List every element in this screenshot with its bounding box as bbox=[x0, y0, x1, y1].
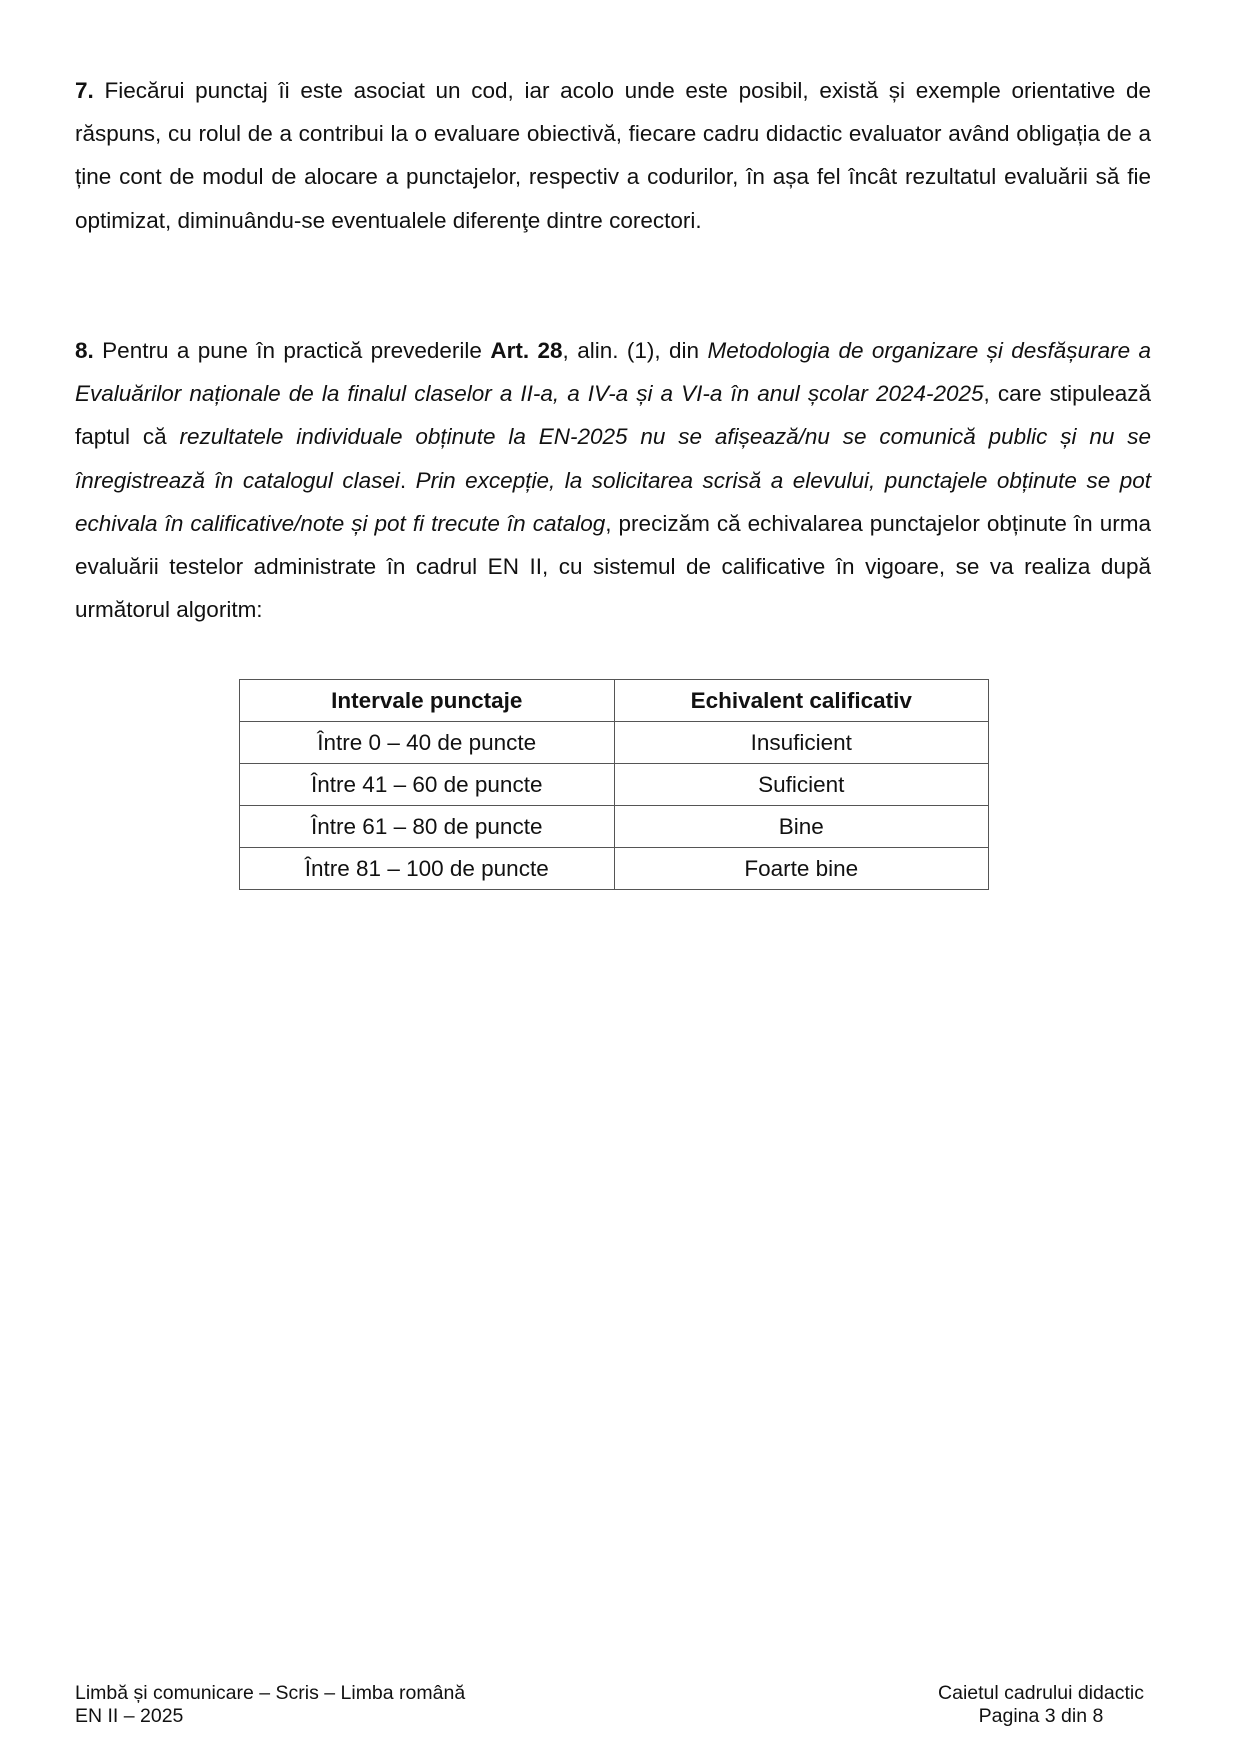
paragraph-text: Pentru a pune în practică prevederile bbox=[94, 338, 491, 363]
table-row: Între 61 – 80 de puncte Bine bbox=[240, 806, 989, 848]
footer-left: Limbă și comunicare – Scris – Limba româ… bbox=[75, 1682, 465, 1728]
column-header-score-intervals: Intervale punctaje bbox=[240, 680, 615, 722]
paragraph-8: 8. Pentru a pune în practică prevederile… bbox=[75, 329, 1151, 631]
paragraph-text: Fiecărui punctaj îi este asociat un cod,… bbox=[75, 78, 1151, 233]
document-page: 7. Fiecărui punctaj îi este asociat un c… bbox=[0, 0, 1241, 1755]
column-header-grade-equivalent: Echivalent calificativ bbox=[614, 680, 989, 722]
paragraph-text: . bbox=[400, 468, 416, 493]
score-interval-cell: Între 81 – 100 de puncte bbox=[240, 848, 615, 890]
score-interval-cell: Între 61 – 80 de puncte bbox=[240, 806, 615, 848]
grade-cell: Foarte bine bbox=[614, 848, 989, 890]
grade-cell: Bine bbox=[614, 806, 989, 848]
footer-subject: Limbă și comunicare – Scris – Limba româ… bbox=[75, 1682, 465, 1705]
table-row: Între 0 – 40 de puncte Insuficient bbox=[240, 722, 989, 764]
score-interval-cell: Între 0 – 40 de puncte bbox=[240, 722, 615, 764]
grade-cell: Insuficient bbox=[614, 722, 989, 764]
article-reference: Art. 28 bbox=[490, 338, 562, 363]
score-interval-cell: Între 41 – 60 de puncte bbox=[240, 764, 615, 806]
footer-right: Caietul cadrului didactic Pagina 3 din 8 bbox=[930, 1682, 1152, 1728]
paragraph-7: 7. Fiecărui punctaj îi este asociat un c… bbox=[75, 69, 1151, 242]
table-header-row: Intervale punctaje Echivalent calificati… bbox=[240, 680, 989, 722]
footer-exam: EN II – 2025 bbox=[75, 1705, 465, 1728]
grading-equivalence-table: Intervale punctaje Echivalent calificati… bbox=[239, 679, 989, 890]
footer-document-title: Caietul cadrului didactic bbox=[930, 1682, 1152, 1705]
grade-cell: Suficient bbox=[614, 764, 989, 806]
footer-page-number: Pagina 3 din 8 bbox=[930, 1705, 1152, 1728]
paragraph-text: , alin. (1), din bbox=[563, 338, 708, 363]
table-row: Între 81 – 100 de puncte Foarte bine bbox=[240, 848, 989, 890]
paragraph-number: 7. bbox=[75, 78, 94, 103]
table-row: Între 41 – 60 de puncte Suficient bbox=[240, 764, 989, 806]
paragraph-number: 8. bbox=[75, 338, 94, 363]
